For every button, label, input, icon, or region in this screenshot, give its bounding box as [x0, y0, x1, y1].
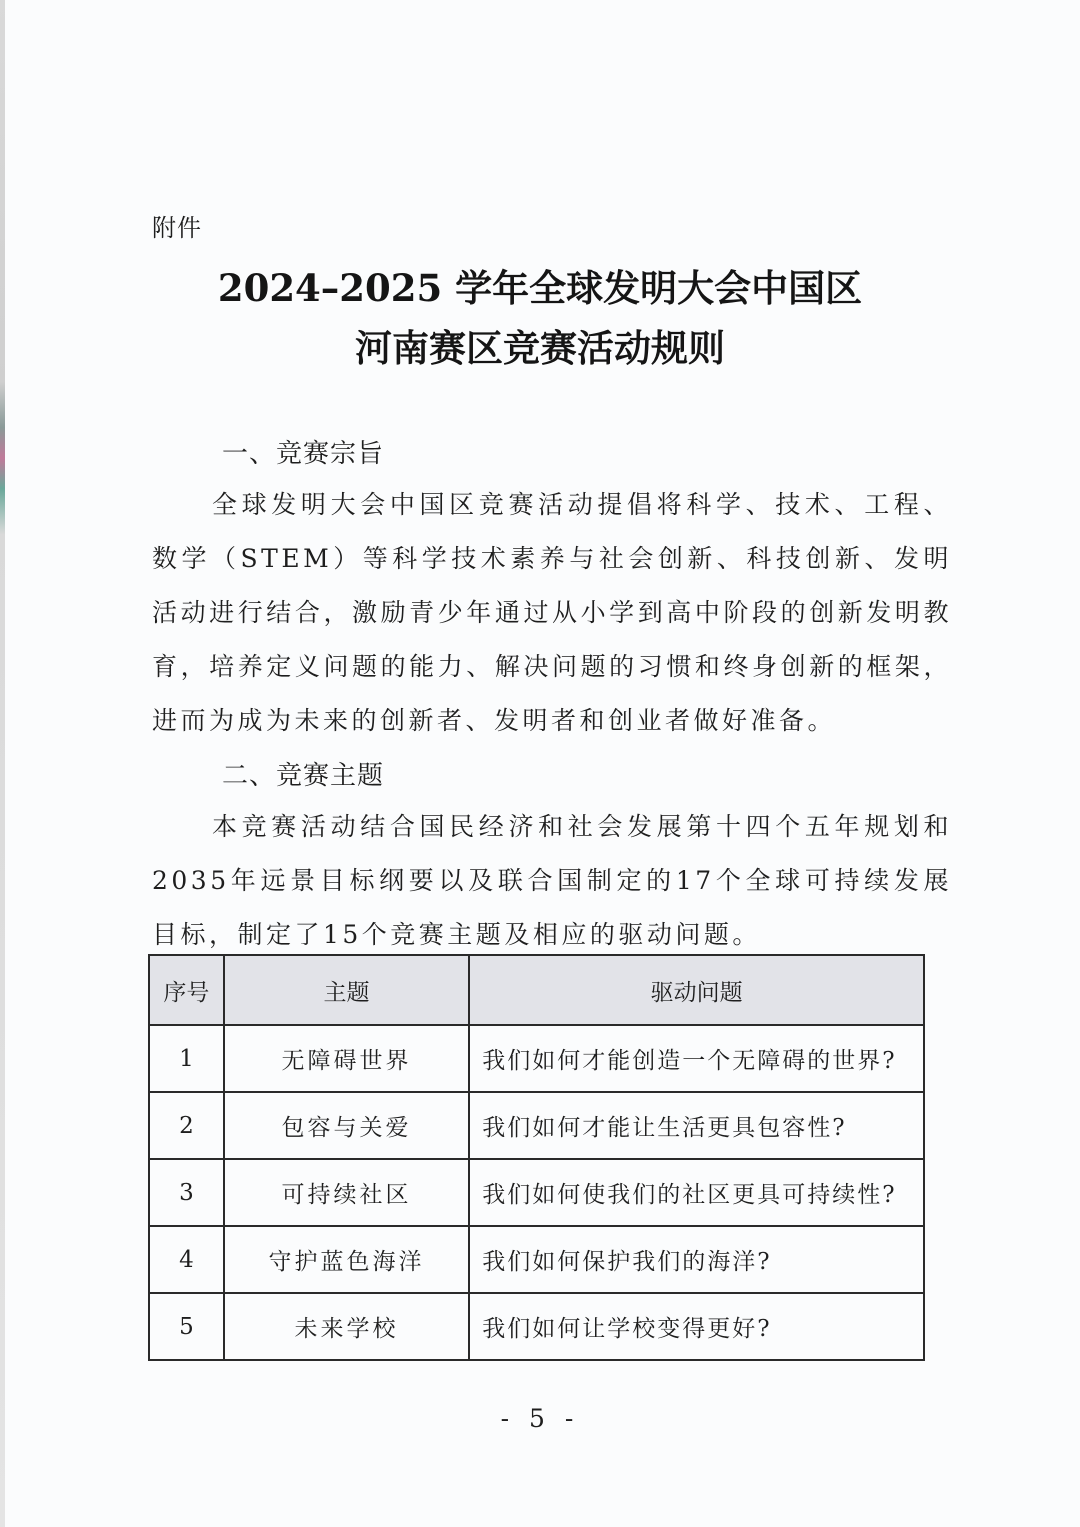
- table-row: 2 包容与关爱 我们如何才能让生活更具包容性?: [149, 1092, 924, 1159]
- row-theme: 无障碍世界: [224, 1025, 469, 1092]
- header-index: 序号: [149, 955, 224, 1025]
- section-paragraph-themes: 本竞赛活动结合国民经济和社会发展第十四个五年规划和2035年远景目标纲要以及联合…: [152, 800, 952, 962]
- table-header-row: 序号 主题 驱动问题: [149, 955, 924, 1025]
- table-row: 1 无障碍世界 我们如何才能创造一个无障碍的世界?: [149, 1025, 924, 1092]
- row-theme: 未来学校: [224, 1293, 469, 1360]
- header-driving-question: 驱动问题: [469, 955, 924, 1025]
- document-title-line2: 河南赛区竞赛活动规则: [0, 318, 1080, 372]
- row-index: 1: [149, 1025, 224, 1092]
- row-index: 2: [149, 1092, 224, 1159]
- table-row: 4 守护蓝色海洋 我们如何保护我们的海洋?: [149, 1226, 924, 1293]
- header-theme: 主题: [224, 955, 469, 1025]
- row-question: 我们如何保护我们的海洋?: [469, 1226, 924, 1293]
- row-index: 3: [149, 1159, 224, 1226]
- row-question: 我们如何才能创造一个无障碍的世界?: [469, 1025, 924, 1092]
- scan-edge: [0, 0, 5, 1527]
- section-heading-themes: 二、竞赛主题: [222, 755, 384, 792]
- document-title-line1: 2024–2025 学年全球发明大会中国区: [0, 258, 1080, 312]
- section-paragraph-purpose: 全球发明大会中国区竞赛活动提倡将科学、技术、工程、数学（STEM）等科学技术素养…: [152, 478, 952, 748]
- section-heading-purpose: 一、竞赛宗旨: [222, 433, 384, 470]
- page-number: - 5 -: [0, 1404, 1080, 1433]
- row-question: 我们如何使我们的社区更具可持续性?: [469, 1159, 924, 1226]
- row-question: 我们如何才能让生活更具包容性?: [469, 1092, 924, 1159]
- row-theme: 守护蓝色海洋: [224, 1226, 469, 1293]
- row-index: 4: [149, 1226, 224, 1293]
- themes-table: 序号 主题 驱动问题 1 无障碍世界 我们如何才能创造一个无障碍的世界? 2 包…: [148, 954, 925, 1361]
- row-theme: 包容与关爱: [224, 1092, 469, 1159]
- row-question: 我们如何让学校变得更好?: [469, 1293, 924, 1360]
- table-row: 3 可持续社区 我们如何使我们的社区更具可持续性?: [149, 1159, 924, 1226]
- row-index: 5: [149, 1293, 224, 1360]
- table-row: 5 未来学校 我们如何让学校变得更好?: [149, 1293, 924, 1360]
- attachment-label: 附件: [152, 208, 202, 243]
- row-theme: 可持续社区: [224, 1159, 469, 1226]
